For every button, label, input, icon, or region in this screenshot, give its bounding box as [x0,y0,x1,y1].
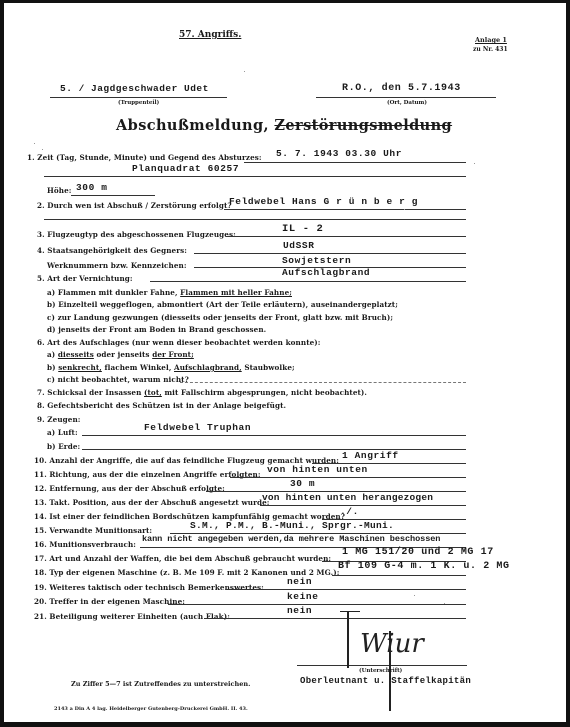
unit-field: 5. / Jagdgeschwader Udet [60,83,209,94]
q20-underline [168,604,466,605]
q9a-label: a) Luft: [47,428,78,437]
q9-label: 9. Zeugen: [37,415,81,424]
q2-value: Feldwebel Hans G r ü n b e r g [229,196,418,207]
q11-label: 11. Richtung, aus der die einzelnen Angr… [34,470,261,479]
q18-underline [332,575,466,576]
q2-underline [224,209,466,210]
q4b-value: Sowjetstern [282,255,351,266]
q7-text: 7. Schicksal der Insassen (tot, mit Fall… [37,388,367,397]
q5c-option: c) zur Landung gezwungen (diesseits oder… [47,313,393,322]
scan-speck [34,143,35,144]
scan-speck [30,155,31,156]
q4-label: 4. Staatsangehörigkeit des Gegners: [37,246,187,255]
hoehe-label: Höhe: [47,186,72,195]
q1-label: 1. Zeit (Tag, Stunde, Minute) und Gegend… [27,153,262,162]
q19-label: 19. Weiteres taktisch oder technisch Bem… [34,583,264,592]
q16-label: 16. Munitionsverbrauch: [34,540,136,549]
q17-label: 17. Art und Anzahl der Waffen, die bei d… [34,554,331,563]
annex-label: Anlage 1 [475,36,507,44]
q5a-option: a) Flammen mit dunkler Fahne, Flammen mi… [47,288,292,297]
q5-value: Aufschlagbrand [282,267,370,278]
q15-label: 15. Verwandte Munitionsart: [34,526,152,535]
q17-value: 1 MG 151/20 und 2 MG 17 [342,547,494,558]
signer-rank: Oberleutnant u. Staffelkapitän [300,676,471,686]
hoehe-value: 300 m [76,182,108,193]
q4b-label: Werknummern bzw. Kennzeichen: [47,261,187,270]
q2-label: 2. Durch wen ist Abschuß / Zerstörung er… [37,201,232,210]
q6b-option: b) senkrecht, flachem Winkel, Aufschlagb… [47,363,295,372]
signature-line [297,665,467,666]
signature-stroke-top [340,611,360,612]
q5b-option: b) Einzelteil weggeflogen, abmontiert (A… [47,300,398,309]
scan-speck [474,163,475,164]
q4-underline [194,253,466,254]
q6c-option: c) nicht beobachtet, warum nicht? [47,375,189,384]
q11-value: von hinten unten [267,464,368,475]
q14-value: ./. [340,506,359,517]
document-page: 57. Angriffs. Anlage 1 zu Nr. 431 5. / J… [4,3,566,722]
q2-underline-2 [44,219,466,220]
unit-caption: (Truppenteil) [118,100,159,106]
title-zerstoerungsmeldung: Zerstörungsmeldung [274,117,452,134]
place-date-field: R.O., den 5.7.1943 [342,83,461,94]
signature: Wiur [360,629,424,659]
q8-text: 8. Gefechtsbericht des Schützen ist in d… [37,401,286,410]
scan-speck [414,595,415,596]
q13-underline [260,505,466,506]
q9a-value: Feldwebel Truphan [144,422,251,433]
q1-underline-2 [44,176,466,177]
q6c-underline [180,382,466,383]
q4-value: UdSSR [283,240,315,251]
place-date-underline [316,97,496,98]
q9b-underline [82,449,466,450]
title-abschussmeldung: Abschußmeldung, [116,117,269,134]
q18-value: Bf 109 G-4 m. 1 K. u. 2 MG [338,561,510,572]
q16-value: kann nicht angegeben werden,da mehrere M… [142,534,440,544]
place-date-caption: (Ort, Datum) [387,100,427,106]
q6a-option: a) diesseits oder jenseits der Front; [47,350,194,359]
q12-label: 12. Entfernung, aus der der Abschuß erfo… [34,484,225,493]
q1-underline [244,162,466,163]
q21-label: 21. Beteiligung weiterer Einheiten (auch… [34,612,230,621]
q5a-underlined: Flammen mit heller Fahne; [180,288,292,297]
q3-underline [226,236,466,237]
scan-speck [404,209,405,210]
q11-underline [230,477,466,478]
scan-speck [444,603,445,604]
hoehe-underline [71,195,155,196]
annex-ref: zu Nr. 431 [473,46,508,53]
scan-speck [42,149,43,150]
q13-label: 13. Takt. Position, aus der der Abschuß … [34,498,270,507]
q20-value: keine [287,591,319,602]
q21-underline [204,618,466,619]
unit-heading: 57. Angriffs. [179,30,241,40]
scan-speck [244,71,245,72]
q15-value: S.M., P.M., B.-Muni., Sprgr.-Muni. [190,520,394,531]
signature-caption: (Unterschrift) [359,668,402,674]
q3-value: IL - 2 [282,223,323,235]
footer-instruction: Zu Ziffer 5—7 ist Zutreffendes zu unters… [71,680,250,688]
q19-underline [226,589,466,590]
q12-value: 30 m [290,478,315,489]
q19-value: nein [287,576,312,587]
q21-value: nein [287,605,312,616]
q1-value-2: Planquadrat 60257 [132,163,239,174]
q5d-option: d) jenseits der Front am Boden in Brand … [47,325,266,334]
q13-value: von hinten unten herangezogen [262,492,433,503]
q5-label: 5. Art der Vernichtung: [37,274,133,283]
q9b-label: b) Erde: [47,442,80,451]
q10-value: 1 Angriff [342,450,399,461]
q6-label: 6. Art des Aufschlages (nur wenn dieser … [37,338,321,347]
q1-value: 5. 7. 1943 03.30 Uhr [276,148,402,159]
q9a-underline [82,435,466,436]
q20-label: 20. Treffer in der eigenen Maschine: [34,597,185,606]
unit-underline [50,97,227,98]
q3-label: 3. Flugzeugtyp des abgeschossenen Flugze… [37,230,236,239]
q5-underline [150,281,466,282]
printer-imprint: 2143 a Din A 4 lag. Heidelberger Gutenbe… [54,706,248,712]
signature-stroke [347,611,349,668]
document-title: Abschußmeldung, Zerstörungsmeldung [116,117,452,134]
